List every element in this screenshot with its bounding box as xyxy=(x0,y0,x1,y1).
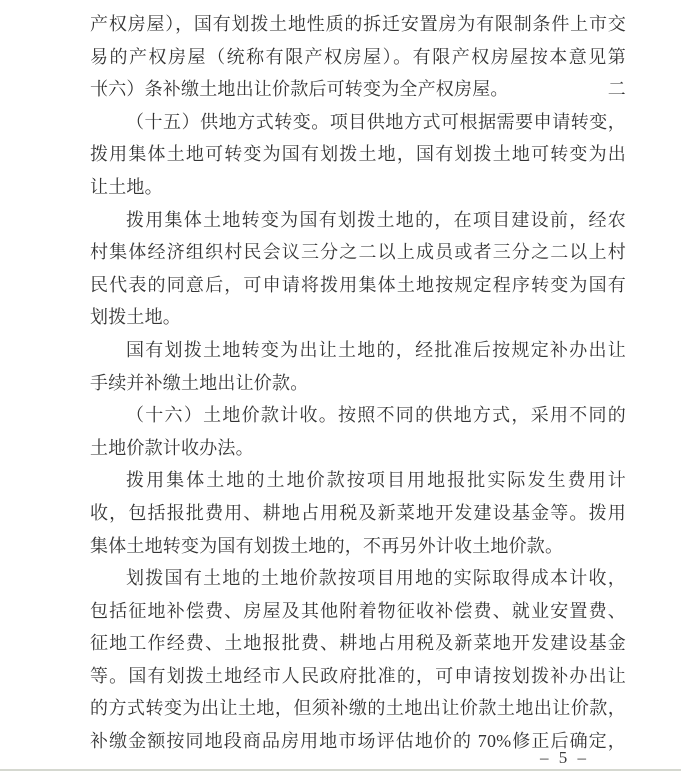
text-line: 征地工作经费、土地报批费、耕地占用税及新菜地开发建设基金 xyxy=(90,627,626,660)
text-line: 等。国有划拨土地经市人民政府批准的，可申请按划拨补办出让 xyxy=(90,660,626,693)
text-line: 村集体经济组织村民会议三分之二以上成员或者三分之二以上村 xyxy=(90,236,626,269)
scan-bottom-edge-line xyxy=(0,769,681,771)
text-line: 拨用集体土地的土地价款按项目用地报批实际发生费用计 xyxy=(90,464,626,497)
text-line: 的方式转变为出让土地，但须补缴的土地出让价款土地出让价款， xyxy=(90,692,626,725)
page-number: – 5 – xyxy=(540,748,589,767)
text-line: 集体土地转变为国有划拨土地的，不再另外计收土地价款。 xyxy=(90,530,626,563)
text-line: 包括征地补偿费、房屋及其他附着物征收补偿费、就业安置费、 xyxy=(90,595,626,628)
text-line: 拨用集体土地转变为国有划拨土地的，在项目建设前，经农 xyxy=(90,204,626,237)
text-line: 易的产权房屋（统称有限产权房屋）。有限产权房屋按本意见第（二 xyxy=(90,41,626,74)
scanned-document-page: 产权房屋），国有划拨土地性质的拆迁安置房为有限制条件上市交易的产权房屋（统称有限… xyxy=(0,0,681,776)
text-line: 民代表的同意后，可申请将拨用集体土地按规定程序转变为国有 xyxy=(90,269,626,302)
text-line: （十六）土地价款计收。按照不同的供地方式，采用不同的 xyxy=(90,399,626,432)
text-line: 国有划拨土地转变为出让土地的，经批准后按规定补办出让 xyxy=(90,334,626,367)
text-line: 收，包括报批费用、耕地占用税及新菜地开发建设基金等。拨用 xyxy=(90,497,626,530)
text-line: 手续并补缴土地出让价款。 xyxy=(90,367,626,400)
page-footer: – 5 – xyxy=(540,748,589,768)
text-line: 划拨土地。 xyxy=(90,301,626,334)
text-line: 让土地。 xyxy=(90,171,626,204)
text-line: 土地价款计收办法。 xyxy=(90,432,626,465)
text-line: 划拨国有土地的土地价款按项目用地的实际取得成本计收， xyxy=(90,562,626,595)
document-body: 产权房屋），国有划拨土地性质的拆迁安置房为有限制条件上市交易的产权房屋（统称有限… xyxy=(90,8,626,758)
text-line: 产权房屋），国有划拨土地性质的拆迁安置房为有限制条件上市交 xyxy=(90,8,626,41)
text-line: （十五）供地方式转变。项目供地方式可根据需要申请转变， xyxy=(90,106,626,139)
text-line: 拨用集体土地可转变为国有划拨土地，国有划拨土地可转变为出 xyxy=(90,138,626,171)
